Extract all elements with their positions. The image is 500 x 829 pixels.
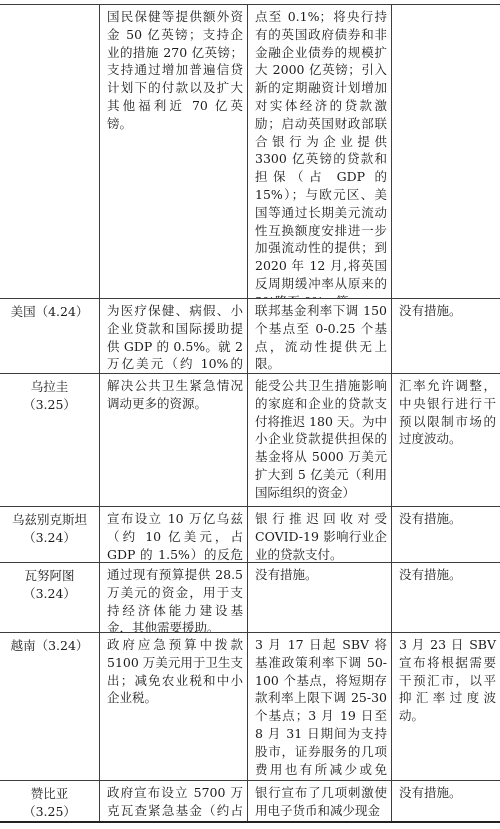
- monetary-policy-cell: 联邦基金利率下调 150 个基点至 0-0.25 个基点，流动性提供无上限。: [248, 299, 392, 373]
- fx-policy-cell: 没有措施。: [392, 563, 500, 632]
- fiscal-policy-cell: 通过现有预算提供 28.5 万美元的资金，用于支持经济体能力建设基金，其他需要援…: [100, 563, 248, 632]
- fx-policy-cell: 汇率允许调整，中央银行进行干预以限制市场的过度波动。: [392, 374, 500, 506]
- fiscal-policy-cell: 政府应急预算中拨款 5100 万美元用于卫生支出；减免农业税和中小企业税。: [100, 633, 248, 780]
- document-page: 国民保健等提供额外资金 50 亿英镑；支持企业的措施 270 亿英镑；支持通过增…: [0, 0, 500, 829]
- table-row: 瓦努阿图 （3.24） 通过现有预算提供 28.5 万美元的资金，用于支持经济体…: [0, 563, 500, 633]
- monetary-policy-cell: 银行宣布了几项刺激使用电子货币和减少现金: [248, 781, 392, 821]
- table-row: 国民保健等提供额外资金 50 亿英镑；支持企业的措施 270 亿英镑；支持通过增…: [0, 5, 500, 299]
- policy-table: 国民保健等提供额外资金 50 亿英镑；支持企业的措施 270 亿英镑；支持通过增…: [0, 4, 500, 823]
- fx-policy-cell: 没有措施。: [392, 781, 500, 821]
- fx-policy-cell: 没有措施。: [392, 507, 500, 562]
- monetary-policy-cell: 能受公共卫生措施影响的家庭和企业的贷款支付将推迟 180 天。为中小企业贷款提供…: [248, 374, 392, 506]
- fiscal-policy-cell: 国民保健等提供额外资金 50 亿英镑；支持企业的措施 270 亿英镑；支持通过增…: [100, 5, 248, 298]
- fx-policy-cell: 3 月 23 日 SBV 宣布将根据需要干预汇市，以平抑汇率过度波动。: [392, 633, 500, 780]
- monetary-policy-cell: 银行推迟回收对受 COVID-19 影响行业企业的贷款支付。: [248, 507, 392, 562]
- country-cell: 瓦努阿图 （3.24）: [0, 563, 100, 632]
- monetary-policy-cell: 没有措施。: [248, 563, 392, 632]
- table-row: 乌兹别克斯坦 （3.24） 宣布设立 10 万亿乌兹（约 10 亿美元，占 GD…: [0, 507, 500, 563]
- country-cell: 乌兹别克斯坦 （3.24）: [0, 507, 100, 562]
- fx-policy-cell: [392, 5, 500, 298]
- country-cell: 越南（3.24）: [0, 633, 100, 780]
- table-row: 乌拉圭 （3.25） 解决公共卫生紧急情况调动更多的资源。 能受公共卫生措施影响…: [0, 374, 500, 507]
- monetary-policy-cell: 3 月 17 日起 SBV 将基准政策利率下调 50-100 个基点，将短期存款…: [248, 633, 392, 780]
- table-row: 越南（3.24） 政府应急预算中拨款 5100 万美元用于卫生支出；减免农业税和…: [0, 633, 500, 781]
- country-cell: [0, 5, 100, 298]
- country-cell: 赞比亚 （3.25）: [0, 781, 100, 821]
- fiscal-policy-cell: 为医疗保健、病假、小企业贷款和国际援助提供 GDP 的 0.5%。就 2 万亿美…: [100, 299, 248, 373]
- fiscal-policy-cell: 政府宣布设立 5700 万克瓦查紧急基金（约占 GDP 的: [100, 781, 248, 821]
- fiscal-policy-cell: 解决公共卫生紧急情况调动更多的资源。: [100, 374, 248, 506]
- country-cell: 乌拉圭 （3.25）: [0, 374, 100, 506]
- table-row: 美国（4.24） 为医疗保健、病假、小企业贷款和国际援助提供 GDP 的 0.5…: [0, 299, 500, 374]
- fx-policy-cell: 没有措施。: [392, 299, 500, 373]
- monetary-policy-cell: 点至 0.1%；将央行持有的英国政府债券和非金融企业债券的规模扩大 2000 亿…: [248, 5, 392, 298]
- country-cell: 美国（4.24）: [0, 299, 100, 373]
- table-row: 赞比亚 （3.25） 政府宣布设立 5700 万克瓦查紧急基金（约占 GDP 的…: [0, 781, 500, 823]
- fiscal-policy-cell: 宣布设立 10 万亿乌兹（约 10 亿美元，占 GDP 的 1.5%）的反危机基…: [100, 507, 248, 562]
